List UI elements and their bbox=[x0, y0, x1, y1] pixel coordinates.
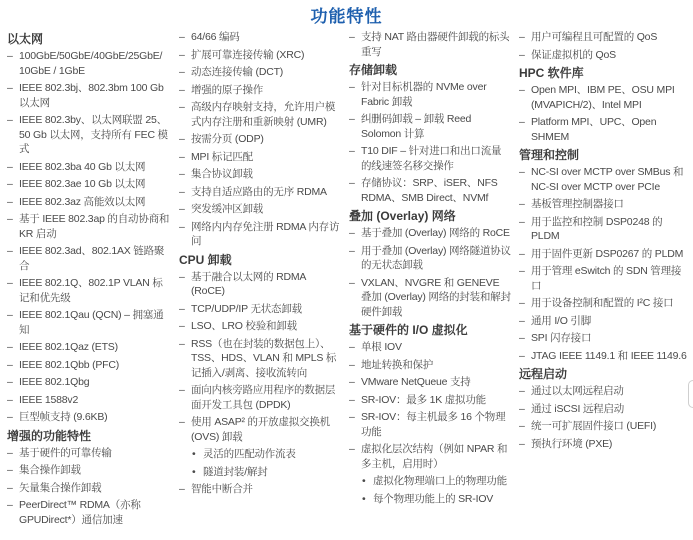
item-text: 扩展可靠连接传输 (XRC) bbox=[191, 49, 304, 61]
list-item: –用于叠加 (Overlay) 网络隧道协议的无状态卸载 bbox=[349, 244, 511, 273]
list-item: –Open MPI、IBM PE、OSU MPI (MVAPICH/2)、Int… bbox=[519, 83, 687, 112]
dash-icon: – bbox=[7, 113, 13, 128]
list-item: –IEEE 802.1Qbg bbox=[7, 375, 171, 390]
dash-icon: – bbox=[7, 358, 13, 373]
dash-icon: – bbox=[179, 132, 185, 147]
list-item: –TCP/UDP/IP 无状态卸载 bbox=[179, 302, 341, 317]
feature-columns: 以太网–100GbE/50GbE/40GbE/25GbE/ 10GbE / 1G… bbox=[0, 30, 693, 530]
item-text: 预执行环境 (PXE) bbox=[531, 438, 612, 450]
item-text: 用于监控和控制 DSP0248 的 PLDM bbox=[531, 216, 662, 243]
column-1: 以太网–100GbE/50GbE/40GbE/25GbE/ 10GbE / 1G… bbox=[0, 30, 175, 530]
dash-icon: – bbox=[179, 30, 185, 45]
item-text: 灵活的匹配动作流表 bbox=[203, 448, 296, 460]
dash-icon: – bbox=[349, 176, 355, 191]
section-heading: 存储卸载 bbox=[349, 62, 511, 79]
list-item: –SPI 闪存接口 bbox=[519, 331, 687, 346]
sub-list-item: •灵活的匹配动作流表 bbox=[179, 447, 341, 462]
dash-icon: – bbox=[349, 144, 355, 159]
item-text: 隧道封装/解封 bbox=[203, 466, 268, 478]
item-text: IEEE 802.1Qbg bbox=[19, 376, 89, 388]
dash-icon: – bbox=[519, 331, 525, 346]
dash-icon: – bbox=[179, 65, 185, 80]
list-item: –网络内内存免注册 RDMA 内存访问 bbox=[179, 220, 341, 249]
list-item: –IEEE 802.3ba 40 Gb 以太网 bbox=[7, 160, 171, 175]
dash-icon: – bbox=[7, 212, 13, 227]
list-item: –RSS（也在封装的数据包上）、TSS、HDS、VLAN 和 MPLS 标记插入… bbox=[179, 337, 341, 381]
item-text: 虚拟化物理端口上的物理功能 bbox=[373, 475, 507, 487]
dash-icon: – bbox=[179, 319, 185, 334]
dash-icon: – bbox=[179, 415, 185, 430]
list-item: –纠删码卸载 – 卸载 Reed Solomon 计算 bbox=[349, 112, 511, 141]
list-item: –MPI 标记匹配 bbox=[179, 150, 341, 165]
list-item: –SR-IOV：最多 1K 虚拟功能 bbox=[349, 393, 511, 408]
dash-icon: – bbox=[7, 375, 13, 390]
item-text: IEEE 802.1Qaz (ETS) bbox=[19, 341, 118, 353]
item-text: 用于管理 eSwitch 的 SDN 管理接口 bbox=[531, 265, 681, 292]
bullet-icon: • bbox=[362, 492, 365, 507]
item-text: LSO、LRO 校验和卸载 bbox=[191, 320, 297, 332]
list-item: –基于 IEEE 802.3ap 的自动协商和 KR 启动 bbox=[7, 212, 171, 241]
list-item: –LSO、LRO 校验和卸载 bbox=[179, 319, 341, 334]
dash-icon: – bbox=[349, 112, 355, 127]
list-item: –集合协议卸载 bbox=[179, 167, 341, 182]
column-4: –用户可编程且可配置的 QoS–保证虚拟机的 QoSHPC 软件库–Open M… bbox=[515, 30, 693, 530]
item-text: Platform MPI、UPC、Open SHMEM bbox=[531, 116, 656, 143]
list-item: –通过以太网远程启动 bbox=[519, 384, 687, 399]
item-text: 用于叠加 (Overlay) 网络隧道协议的无状态卸载 bbox=[361, 245, 511, 272]
dash-icon: – bbox=[7, 446, 13, 461]
dash-icon: – bbox=[179, 220, 185, 235]
item-text: 智能中断合并 bbox=[191, 483, 253, 495]
item-text: SPI 闪存接口 bbox=[531, 332, 591, 344]
dash-icon: – bbox=[7, 463, 13, 478]
dash-icon: – bbox=[7, 498, 13, 513]
list-item: –用于管理 eSwitch 的 SDN 管理接口 bbox=[519, 264, 687, 293]
list-item: –预执行环境 (PXE) bbox=[519, 437, 687, 452]
dash-icon: – bbox=[519, 30, 525, 45]
item-text: 动态连接传输 (DCT) bbox=[191, 66, 283, 78]
item-text: PeerDirect™ RDMA（亦称 GPUDirect*）通信加速 bbox=[19, 499, 141, 526]
dash-icon: – bbox=[519, 349, 525, 364]
item-text: 虚拟化层次结构（例如 NPAR 和多主机，启用时） bbox=[361, 443, 507, 470]
dash-icon: – bbox=[179, 383, 185, 398]
section-heading: 基于硬件的 I/O 虚拟化 bbox=[349, 322, 511, 339]
sub-list-item: •每个物理功能上的 SR-IOV bbox=[349, 492, 511, 507]
list-item: –IEEE 802.1Qaz (ETS) bbox=[7, 340, 171, 355]
item-text: IEEE 802.3bj、802.3bm 100 Gb 以太网 bbox=[19, 82, 164, 109]
dash-icon: – bbox=[179, 83, 185, 98]
item-text: 增强的原子操作 bbox=[191, 84, 263, 96]
item-text: NC-SI over MCTP over SMBus 和 NC-SI over … bbox=[531, 166, 683, 193]
list-item: –增强的原子操作 bbox=[179, 83, 341, 98]
item-text: MPI 标记匹配 bbox=[191, 151, 253, 163]
section-heading: 叠加 (Overlay) 网络 bbox=[349, 208, 511, 225]
list-item: –针对目标机器的 NVMe over Fabric 卸载 bbox=[349, 80, 511, 109]
dash-icon: – bbox=[519, 296, 525, 311]
item-text: 巨型帧支持 (9.6KB) bbox=[19, 411, 107, 423]
dash-icon: – bbox=[7, 393, 13, 408]
item-text: Open MPI、IBM PE、OSU MPI (MVAPICH/2)、Inte… bbox=[531, 84, 675, 111]
dash-icon: – bbox=[349, 276, 355, 291]
item-text: 存储协议：SRP、iSER、NFS RDMA、SMB Direct、NVMf bbox=[361, 177, 498, 204]
item-text: 使用 ASAP² 的开放虚拟交换机 (OVS) 卸载 bbox=[191, 416, 330, 443]
list-item: –集合操作卸载 bbox=[7, 463, 171, 478]
dash-icon: – bbox=[7, 481, 13, 496]
section-heading: 增强的功能特性 bbox=[7, 428, 171, 445]
item-text: 集合协议卸载 bbox=[191, 168, 253, 180]
list-item: –PeerDirect™ RDMA（亦称 GPUDirect*）通信加速 bbox=[7, 498, 171, 527]
dash-icon: – bbox=[519, 83, 525, 98]
dash-icon: – bbox=[7, 49, 13, 64]
item-text: 地址转换和保护 bbox=[361, 359, 433, 371]
list-item: –Platform MPI、UPC、Open SHMEM bbox=[519, 115, 687, 144]
dash-icon: – bbox=[349, 226, 355, 241]
item-text: 集合操作卸载 bbox=[19, 464, 81, 476]
dash-icon: – bbox=[519, 197, 525, 212]
item-text: 64/66 编码 bbox=[191, 31, 240, 43]
list-item: –用于固件更新 DSP0267 的 PLDM bbox=[519, 247, 687, 262]
item-text: 统一可扩展固件接口 (UEFI) bbox=[531, 420, 656, 432]
dash-icon: – bbox=[7, 308, 13, 323]
dash-icon: – bbox=[7, 195, 13, 210]
dash-icon: – bbox=[519, 48, 525, 63]
dash-icon: – bbox=[349, 30, 355, 45]
item-text: VXLAN、NVGRE 和 GENEVE 叠加 (Overlay) 网络的封装和… bbox=[361, 277, 511, 318]
sub-list-item: •虚拟化物理端口上的物理功能 bbox=[349, 474, 511, 489]
section-heading: 远程启动 bbox=[519, 366, 687, 383]
dash-icon: – bbox=[349, 375, 355, 390]
item-text: VMware NetQueue 支持 bbox=[361, 376, 471, 388]
item-text: 通过 iSCSI 远程启动 bbox=[531, 403, 624, 415]
dash-icon: – bbox=[179, 48, 185, 63]
list-item: –单根 IOV bbox=[349, 340, 511, 355]
dash-icon: – bbox=[7, 81, 13, 96]
item-text: TCP/UDP/IP 无状态卸载 bbox=[191, 303, 302, 315]
item-text: 用于固件更新 DSP0267 的 PLDM bbox=[531, 248, 683, 260]
list-item: –通过 iSCSI 远程启动 bbox=[519, 402, 687, 417]
list-item: –NC-SI over MCTP over SMBus 和 NC-SI over… bbox=[519, 165, 687, 194]
item-text: T10 DIF – 针对进口和出口流量的线速签名移交操作 bbox=[361, 145, 501, 172]
dash-icon: – bbox=[519, 437, 525, 452]
list-item: –T10 DIF – 针对进口和出口流量的线速签名移交操作 bbox=[349, 144, 511, 173]
item-text: IEEE 802.3ba 40 Gb 以太网 bbox=[19, 161, 145, 173]
section-heading: 管理和控制 bbox=[519, 147, 687, 164]
item-text: 面向内核旁路应用程序的数据层面开发工具包 (DPDK) bbox=[191, 384, 335, 411]
item-text: IEEE 802.1Qbb (PFC) bbox=[19, 359, 119, 371]
item-text: 基于叠加 (Overlay) 网络的 RoCE bbox=[361, 227, 510, 239]
dash-icon: – bbox=[349, 244, 355, 259]
list-item: –面向内核旁路应用程序的数据层面开发工具包 (DPDK) bbox=[179, 383, 341, 412]
dash-icon: – bbox=[179, 202, 185, 217]
item-text: JTAG IEEE 1149.1 和 IEEE 1149.6 bbox=[531, 350, 687, 362]
list-item: –按需分页 (ODP) bbox=[179, 132, 341, 147]
item-text: SR-IOV：最多 1K 虚拟功能 bbox=[361, 394, 486, 406]
item-text: 基板管理控制器接口 bbox=[531, 198, 624, 210]
list-item: –IEEE 802.3bj、802.3bm 100 Gb 以太网 bbox=[7, 81, 171, 110]
item-text: 高级内存映射支持，允许用户模式内存注册和重新映射 (UMR) bbox=[191, 101, 335, 128]
list-item: –巨型帧支持 (9.6KB) bbox=[7, 410, 171, 425]
list-item: –用于设备控制和配置的 I²C 接口 bbox=[519, 296, 687, 311]
section-heading: 以太网 bbox=[7, 31, 171, 48]
dash-icon: – bbox=[519, 314, 525, 329]
dash-icon: – bbox=[179, 270, 185, 285]
item-text: 100GbE/50GbE/40GbE/25GbE/ 10GbE / 1GbE bbox=[19, 50, 162, 77]
item-text: 基于融合以太网的 RDMA (RoCE) bbox=[191, 271, 306, 298]
dash-icon: – bbox=[519, 384, 525, 399]
dash-icon: – bbox=[349, 358, 355, 373]
list-item: –SR-IOV：每主机最多 16 个物理功能 bbox=[349, 410, 511, 439]
list-item: –基于融合以太网的 RDMA (RoCE) bbox=[179, 270, 341, 299]
dash-icon: – bbox=[519, 264, 525, 279]
section-heading: HPC 软件库 bbox=[519, 65, 687, 82]
section-heading: CPU 卸载 bbox=[179, 252, 341, 269]
list-item: –扩展可靠连接传输 (XRC) bbox=[179, 48, 341, 63]
bullet-icon: • bbox=[362, 474, 365, 489]
dash-icon: – bbox=[7, 276, 13, 291]
list-item: –通用 I/O 引脚 bbox=[519, 314, 687, 329]
item-text: 保证虚拟机的 QoS bbox=[531, 49, 616, 61]
dash-icon: – bbox=[349, 340, 355, 355]
item-text: 矢量集合操作卸载 bbox=[19, 482, 101, 494]
list-item: –IEEE 802.3az 高能效以太网 bbox=[7, 195, 171, 210]
item-text: 基于 IEEE 802.3ap 的自动协商和 KR 启动 bbox=[19, 213, 169, 240]
list-item: –VMware NetQueue 支持 bbox=[349, 375, 511, 390]
list-item: –IEEE 802.1Q、802.1P VLAN 标记和优先级 bbox=[7, 276, 171, 305]
item-text: 按需分页 (ODP) bbox=[191, 133, 264, 145]
list-item: –基于硬件的可靠传输 bbox=[7, 446, 171, 461]
list-item: –动态连接传输 (DCT) bbox=[179, 65, 341, 80]
list-item: –100GbE/50GbE/40GbE/25GbE/ 10GbE / 1GbE bbox=[7, 49, 171, 78]
list-item: –IEEE 802.3ae 10 Gb 以太网 bbox=[7, 177, 171, 192]
sub-list-item: •隧道封装/解封 bbox=[179, 465, 341, 480]
page-title: 功能特性 bbox=[0, 2, 693, 27]
dash-icon: – bbox=[179, 150, 185, 165]
dash-icon: – bbox=[519, 419, 525, 434]
list-item: –支持 NAT 路由器硬件卸载的标头重写 bbox=[349, 30, 511, 59]
item-text: IEEE 1588v2 bbox=[19, 394, 78, 406]
item-text: IEEE 802.3ae 10 Gb 以太网 bbox=[19, 178, 145, 190]
item-text: SR-IOV：每主机最多 16 个物理功能 bbox=[361, 411, 505, 438]
item-text: 支持自适应路由的无序 RDMA bbox=[191, 186, 327, 198]
dash-icon: – bbox=[179, 185, 185, 200]
item-text: 基于硬件的可靠传输 bbox=[19, 447, 112, 459]
list-item: –存储协议：SRP、iSER、NFS RDMA、SMB Direct、NVMf bbox=[349, 176, 511, 205]
list-item: –IEEE 802.1Qau (QCN) – 拥塞通知 bbox=[7, 308, 171, 337]
dash-icon: – bbox=[179, 337, 185, 352]
column-3: –支持 NAT 路由器硬件卸载的标头重写存储卸载–针对目标机器的 NVMe ov… bbox=[345, 30, 515, 530]
dash-icon: – bbox=[349, 410, 355, 425]
dash-icon: – bbox=[179, 167, 185, 182]
dash-icon: – bbox=[7, 244, 13, 259]
list-item: –基板管理控制器接口 bbox=[519, 197, 687, 212]
dash-icon: – bbox=[179, 100, 185, 115]
list-item: –JTAG IEEE 1149.1 和 IEEE 1149.6 bbox=[519, 349, 687, 364]
bullet-icon: • bbox=[192, 447, 195, 462]
dash-icon: – bbox=[179, 302, 185, 317]
list-item: –统一可扩展固件接口 (UEFI) bbox=[519, 419, 687, 434]
item-text: 单根 IOV bbox=[361, 341, 402, 353]
list-item: –IEEE 802.1Qbb (PFC) bbox=[7, 358, 171, 373]
dash-icon: – bbox=[7, 410, 13, 425]
item-text: IEEE 802.1Q、802.1P VLAN 标记和优先级 bbox=[19, 277, 163, 304]
dash-icon: – bbox=[519, 215, 525, 230]
list-item: –基于叠加 (Overlay) 网络的 RoCE bbox=[349, 226, 511, 241]
list-item: –保证虚拟机的 QoS bbox=[519, 48, 687, 63]
dash-icon: – bbox=[7, 160, 13, 175]
item-text: 通用 I/O 引脚 bbox=[531, 315, 591, 327]
item-text: IEEE 802.3by、以太网联盟 25、50 Gb 以太网，支持所有 FEC… bbox=[19, 114, 168, 155]
scroll-handle[interactable] bbox=[688, 380, 693, 408]
list-item: –高级内存映射支持，允许用户模式内存注册和重新映射 (UMR) bbox=[179, 100, 341, 129]
item-text: 支持 NAT 路由器硬件卸载的标头重写 bbox=[361, 31, 509, 58]
dash-icon: – bbox=[519, 165, 525, 180]
dash-icon: – bbox=[349, 393, 355, 408]
list-item: –IEEE 1588v2 bbox=[7, 393, 171, 408]
list-item: –矢量集合操作卸载 bbox=[7, 481, 171, 496]
list-item: –地址转换和保护 bbox=[349, 358, 511, 373]
dash-icon: – bbox=[7, 177, 13, 192]
list-item: –用户可编程且可配置的 QoS bbox=[519, 30, 687, 45]
item-text: IEEE 802.1Qau (QCN) – 拥塞通知 bbox=[19, 309, 163, 336]
list-item: –使用 ASAP² 的开放虚拟交换机 (OVS) 卸载 bbox=[179, 415, 341, 444]
item-text: 每个物理功能上的 SR-IOV bbox=[373, 493, 493, 505]
column-2: –64/66 编码–扩展可靠连接传输 (XRC)–动态连接传输 (DCT)–增强… bbox=[175, 30, 345, 530]
item-text: 突发缓冲区卸载 bbox=[191, 203, 263, 215]
item-text: 纠删码卸载 – 卸载 Reed Solomon 计算 bbox=[361, 113, 471, 140]
list-item: –支持自适应路由的无序 RDMA bbox=[179, 185, 341, 200]
item-text: 用户可编程且可配置的 QoS bbox=[531, 31, 657, 43]
dash-icon: – bbox=[7, 340, 13, 355]
item-text: 通过以太网远程启动 bbox=[531, 385, 624, 397]
item-text: RSS（也在封装的数据包上）、TSS、HDS、VLAN 和 MPLS 标记插入/… bbox=[191, 338, 336, 379]
dash-icon: – bbox=[349, 442, 355, 457]
list-item: –突发缓冲区卸载 bbox=[179, 202, 341, 217]
list-item: –64/66 编码 bbox=[179, 30, 341, 45]
item-text: IEEE 802.3az 高能效以太网 bbox=[19, 196, 145, 208]
item-text: 用于设备控制和配置的 I²C 接口 bbox=[531, 297, 673, 309]
dash-icon: – bbox=[349, 80, 355, 95]
list-item: –VXLAN、NVGRE 和 GENEVE 叠加 (Overlay) 网络的封装… bbox=[349, 276, 511, 320]
item-text: IEEE 802.3ad、802.1AX 链路聚合 bbox=[19, 245, 164, 272]
dash-icon: – bbox=[519, 115, 525, 130]
bullet-icon: • bbox=[192, 465, 195, 480]
dash-icon: – bbox=[519, 247, 525, 262]
list-item: –智能中断合并 bbox=[179, 482, 341, 497]
item-text: 网络内内存免注册 RDMA 内存访问 bbox=[191, 221, 339, 248]
list-item: –用于监控和控制 DSP0248 的 PLDM bbox=[519, 215, 687, 244]
list-item: –虚拟化层次结构（例如 NPAR 和多主机，启用时） bbox=[349, 442, 511, 471]
list-item: –IEEE 802.3ad、802.1AX 链路聚合 bbox=[7, 244, 171, 273]
dash-icon: – bbox=[519, 402, 525, 417]
item-text: 针对目标机器的 NVMe over Fabric 卸载 bbox=[361, 81, 487, 108]
list-item: –IEEE 802.3by、以太网联盟 25、50 Gb 以太网，支持所有 FE… bbox=[7, 113, 171, 157]
dash-icon: – bbox=[179, 482, 185, 497]
